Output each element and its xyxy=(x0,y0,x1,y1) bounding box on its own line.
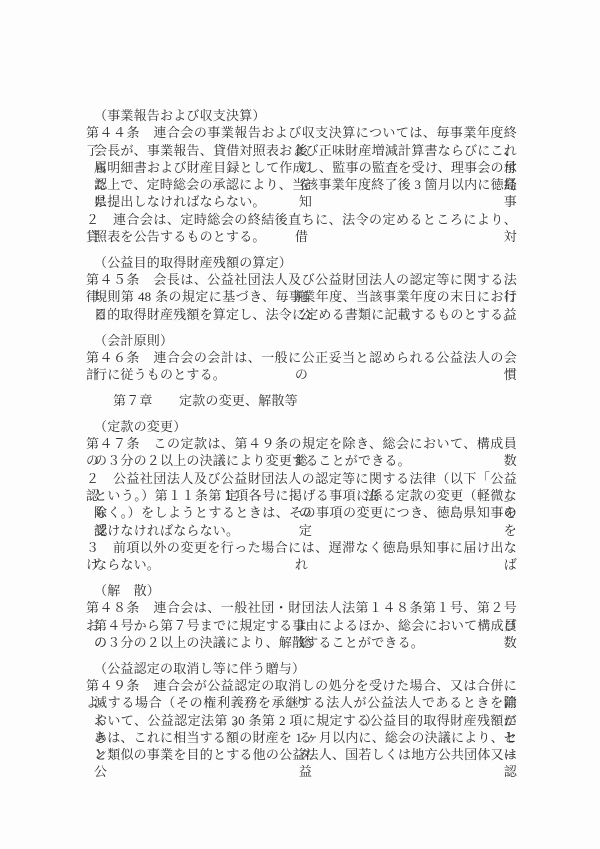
doc-line: 除く。）をしようとするときは、その事項の変更につき、徳島県知事の認定を xyxy=(86,504,517,521)
doc-line: 第４８条 連合会は、一般社団・財団法人法第１４８条第１号、第２号および xyxy=(86,599,517,616)
doc-line: 会長が、事業報告、貸借対照表および正味財産増減計算書ならびにこれらの付 xyxy=(86,142,517,159)
doc-line: 第７章 定款の変更、解散等 xyxy=(86,392,517,409)
doc-line: ２ 公益社団法人及び公益財団法人の認定等に関する法律（以下「公益認定法」 xyxy=(86,470,517,487)
doc-line: 第４５条 会長は、公益社団法人及び公益財団法人の認定等に関する法律施行 xyxy=(86,271,517,288)
doc-line: （事業報告および収支決算） xyxy=(86,107,517,124)
doc-line: 目的取得財産残額を算定し、法令に定める書類に記載するものとする。 xyxy=(86,306,517,323)
doc-line: （解 散） xyxy=(86,582,517,599)
doc-line: 第４７条 この定款は、第４９条の規定を除き、総会において、構成員の総数 xyxy=(86,435,517,452)
doc-line: 規則第 48 条の規定に基づき、毎事業年度、当該事業年度の末日における公益 xyxy=(86,288,517,305)
doc-line: きは、これに相当する額の財産を 1 ヶ月以内に、総会の決議により、センター xyxy=(86,729,517,746)
doc-line: （公益目的取得財産残額の算定） xyxy=(86,254,517,271)
doc-line: た上で、定時総会の承認により、当該事業年度終了後 3 箇月以内に徳島県知事 xyxy=(86,176,517,193)
doc-line: ２ 連合会は、定時総会の終結後直ちに、法令の定めるところにより、貸借対 xyxy=(86,211,517,228)
document-page: （事業報告および収支決算）第４４条 連合会の事業報告および収支決算については、毎… xyxy=(0,0,600,849)
doc-line: 第４号から第７号までに規定する事由によるほか、総会において構成員の総数 xyxy=(86,617,517,634)
document-text-block: （事業報告および収支決算）第４４条 連合会の事業報告および収支決算については、毎… xyxy=(86,107,517,763)
doc-line: 第４６条 連合会の会計は、一般に公正妥当と認められる公益法人の会計の慣 xyxy=(86,349,517,366)
doc-line: （定款の変更） xyxy=(86,418,517,435)
doc-line: 属明細書および財産目録として作成し、監事の監査を受け、理事会の承認を経 xyxy=(86,159,517,176)
doc-line: 第４９条 連合会が公益認定の取消しの処分を受けた場合、又は合併により消 xyxy=(86,677,517,694)
doc-line: 第４４条 連合会の事業報告および収支決算については、毎事業年度終了後、 xyxy=(86,124,517,141)
doc-line: （公益認定の取消し等に伴う贈与） xyxy=(86,660,517,677)
doc-line: という。）第１１条第１項各号に掲げる事項に係る定款の変更（軽微なものを xyxy=(86,487,517,504)
doc-line: （会計原則） xyxy=(86,332,517,349)
doc-line: ３ 前項以外の変更を行った場合には、遅滞なく徳島県知事に届け出なければ xyxy=(86,539,517,556)
doc-line: 滅する場合（その権利義務を承継する法人が公益法人であるときを除く。）に xyxy=(86,694,517,711)
doc-line: おいて、公益認定法第 30 条第 2 項に規定する公益目的取得財産残額があると xyxy=(86,712,517,729)
doc-line: と類似の事業を目的とする他の公益法人、国若しくは地方公共団体又は公益認 xyxy=(86,746,517,763)
